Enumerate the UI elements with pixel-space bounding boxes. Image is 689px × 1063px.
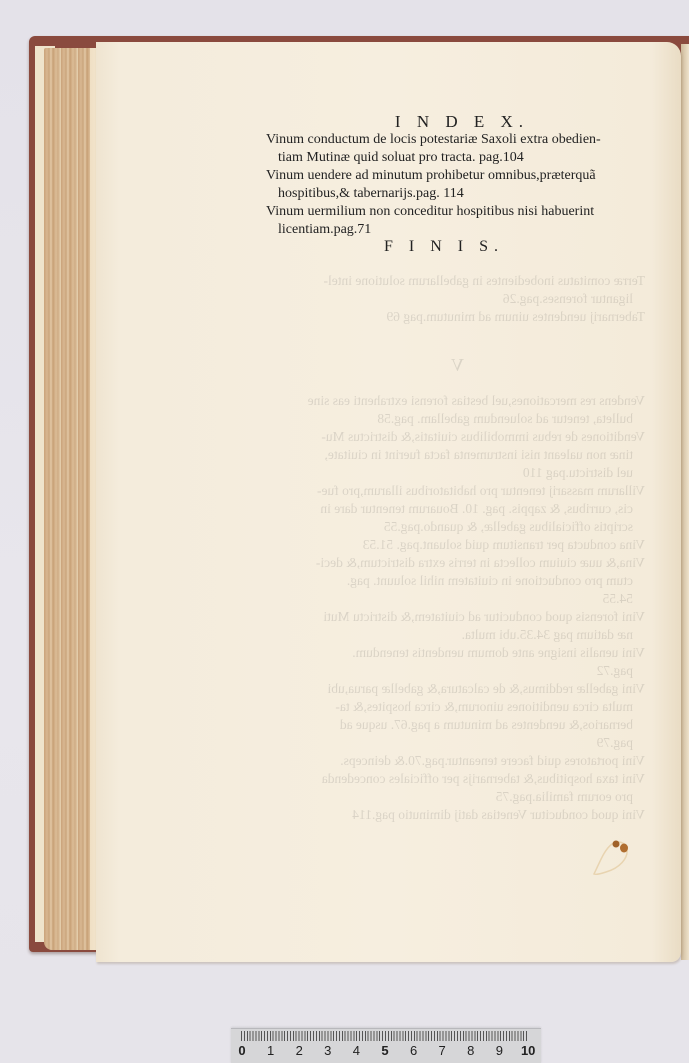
entry-line: tiam Mutinæ quid soluat pro tracta. pag.… [266,149,646,167]
show-through-line: pag.79 [270,734,645,752]
show-through-line: Venditiones de rebus immobilibus ciuitat… [270,428,645,446]
index-heading: I N D E X. [266,113,646,130]
index-entry: Vinum uendere ad minutum prohibetur omni… [266,167,646,203]
show-through-line: pro eorum familia.pag.75 [270,788,645,806]
entry-line: Vinum conductum de locis potestariæ Saxo… [266,131,646,149]
index-entry: Vinum conductum de locis potestariæ Saxo… [266,131,646,167]
show-through-line: Vendens res mercationes,uel bestias fore… [270,392,645,410]
show-through-line: scriptis officialibus gabellæ, & quando.… [270,518,645,536]
ruler-label: 5 [378,1043,392,1061]
show-through-line: Vina,& uuæ ciuium collecta in terris ext… [270,554,645,572]
ruler-label: 7 [435,1043,449,1061]
entry-line: hospitibus,& tabernarijs.pag. 114 [266,185,646,203]
show-through-line: Vini portatores quid facere teneantur.pa… [270,752,645,770]
show-through-line: tinæ non ualeant nisi instrumenta facta … [270,446,645,464]
paper-stain-icon [592,832,632,876]
show-through-line: Tabernarij uendentes uinum ad minutum.pa… [270,308,645,326]
ruler-label: 2 [292,1043,306,1061]
show-through-line: Vini gabellæ reddimus,& de calcatura,& g… [270,680,645,698]
show-through-line: bulleta, tenetur ad soluendum gabellam. … [270,410,645,428]
show-through-line: ctum pro conductione in ciuitatem nihil … [270,572,645,590]
ruler-label: 9 [492,1043,506,1061]
show-through-line: Vini quod conducitur Venetias datij dimi… [270,806,645,824]
show-through-line: Vini forensis quod conducitur ad ciuitat… [270,608,645,626]
show-through-line: uel districtu.pag 110 [270,464,645,482]
facing-page-edge [681,44,689,960]
index-text-block: I N D E X. Vinum conductum de locis pote… [266,113,646,239]
show-through-line: Vina conducta per transitum quid soluant… [270,536,645,554]
show-through-line: Vini uenalis insigne ante domum uendenti… [270,644,645,662]
ruler-label: 6 [407,1043,421,1061]
show-through-line: V [270,356,645,374]
show-through-line: multa circa uenditiones uinorum,& circa … [270,698,645,716]
show-through-line: Vini taxa hospitibus,& tabernarijs per o… [270,770,645,788]
show-through-line: ligantur forenses.pag.26 [270,290,645,308]
show-through-line: bernarios,& uendentes ad minutum a pag.6… [270,716,645,734]
show-through-text: Terræ comitatus inobedientes in gabellar… [270,272,645,824]
entry-line: licentiam.pag.71 [266,221,646,239]
show-through-line: cis, curribus, & zappis. pag. 10. Bouaru… [270,500,645,518]
scale-ruler: 012345678910 [231,1028,541,1063]
finis-text: F I N I S. [384,238,504,256]
ruler-ticks [241,1031,529,1041]
ruler-label: 10 [521,1043,535,1061]
show-through-line: Terræ comitatus inobedientes in gabellar… [270,272,645,290]
ruler-label: 4 [349,1043,363,1061]
ruler-label: 1 [264,1043,278,1061]
ruler-label: 3 [321,1043,335,1061]
ruler-labels: 012345678910 [235,1043,535,1061]
index-entry: Vinum uermilium non conceditur hospitibu… [266,203,646,239]
entry-line: Vinum uermilium non conceditur hospitibu… [266,203,646,221]
show-through-line: Villarum massarij tenentur pro habitator… [270,482,645,500]
show-through-line: 54.55 [270,590,645,608]
show-through-line: pag.72 [270,662,645,680]
ruler-label: 0 [235,1043,249,1061]
ruler-label: 8 [464,1043,478,1061]
page-edges-stack [44,48,104,950]
entry-line: Vinum uendere ad minutum prohibetur omni… [266,167,646,185]
show-through-line: næ datium pag 34.35.ubi multa. [270,626,645,644]
